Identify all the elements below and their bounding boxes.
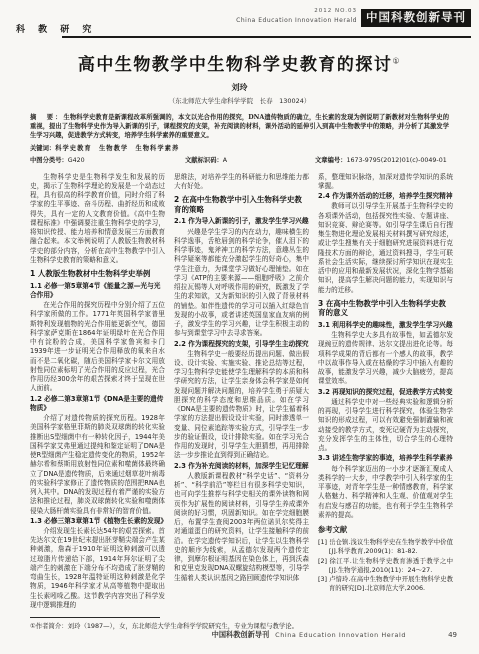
references-heading: 参考文献: [318, 525, 453, 535]
page-footer: 中国科教创新导刊 China Education Innovation Hera…: [0, 630, 479, 640]
subsection-heading: 3.3 讲述生物学家的事迹，培养学生科学素养: [318, 454, 453, 463]
footer-journal-cn: 中国科教创新导刊: [212, 630, 270, 640]
clc-segment: 中图分类号：G420: [30, 155, 185, 164]
section-heading: 1 人教版生物教材中生物科学史举例: [30, 269, 165, 279]
page-title: 高中生物教学中生物科学史教育的探讨①: [78, 50, 401, 75]
journal-name-en: China Education Innovation Herald: [236, 17, 357, 24]
journal-issue-block: 2012 NO.03 China Education Innovation He…: [236, 8, 357, 27]
article-body: 生物科学史是生物科学发生和发展的历史，揭示了生物科学理论的发展是一个动态过程，具…: [30, 173, 453, 613]
paragraph: 教师可以引导学生开展基于生物科学史的各项课外活动，包括探究性实验、专题讲座、知识…: [318, 202, 453, 295]
subsection-heading: 1.2 必修二第3章第1节《DNA是主要的遗传物质》: [30, 395, 165, 413]
article-id-segment: 文章编号：1673-9795(2012)01(c)-0049-01: [315, 155, 447, 164]
section-label: 科 教 研 究: [16, 22, 96, 35]
journal-page: 科 教 研 究 2012 NO.03 China Education Innov…: [0, 0, 479, 654]
footer-journal-en: China Education Innovation Herald: [275, 631, 406, 639]
paragraph: 通过科学史中对一些经典实验和逻辑分析的再现，引导学生进行科学探究，体验生物学知识…: [318, 398, 453, 454]
page-number: 49: [448, 631, 457, 639]
doc-code-segment: 文献标识码：A: [185, 155, 315, 164]
subsection-heading: 1.3 必修三第3章第1节《植物生长素的发现》: [30, 517, 165, 526]
author-name: 刘玲: [0, 82, 479, 93]
clc-label: 中图分类号：: [30, 157, 68, 164]
subsection-heading: 1.1 必修一第5章第4节《能量之源—光与光合作用》: [30, 282, 165, 300]
author-affiliation: （东北师范大学生命科学学院 长春 130024）: [0, 96, 479, 105]
author-footnote: ①作者简介：刘玲（1987—），女，东北师范大学生命科学学院研究生，专业为课程与…: [30, 621, 453, 630]
paragraph-continued: 思维法，对培养学生的科研能力和思维能力都大有好处。: [174, 173, 309, 192]
classification-line: 中图分类号：G420 文献标识码：A 文章编号：1673-9795(2012)0…: [30, 155, 449, 164]
doc-code-value: A: [223, 157, 227, 164]
keywords-label: 关键词：: [30, 145, 55, 152]
section-heading: 2 在高中生物教学中引入生物科学史教育的策略: [174, 195, 309, 214]
article-title-text: 高中生物教学中生物科学史教育的探讨: [78, 55, 393, 75]
reference-item: [2] 徐江平.让生物科学史教育渗透于教学之中[J].生物学通报,2010(11…: [318, 557, 453, 575]
doc-code-label: 文献标识码：: [185, 157, 223, 164]
paragraph: 在光合作用的探究历程中分别介绍了五位科学家所做的工作。1771年英国科学家普里斯…: [30, 301, 165, 394]
subsection-heading: 3.2 再现知识的探究过程，促进教学方式转变: [318, 388, 453, 397]
paragraph: 生物科学史是生物科学发生和发展的历史，揭示了生物科学理论的发展是一个动态过程，具…: [30, 173, 165, 266]
reference-item: [3] 卢愔玲.在高中生物教学中开展生物科学史教育的研究[D].北京师范大学,2…: [318, 575, 453, 593]
masthead-rule: [62, 36, 471, 38]
body-column-2: 思维法，对培养学生的科研能力和思维能力都大有好处。2 在高中生物教学中引入生物科…: [174, 173, 309, 613]
subsection-heading: 2.1 作为导入新课的引子，激发学生学习兴趣: [174, 217, 309, 226]
subsection-heading: 2.4 作为课外活动的迁移，培养学生探究精神: [318, 192, 453, 201]
paragraph-continued: 系，整理知识脉络，加深对遗传学知识的系统掌握。: [318, 173, 453, 192]
paragraph: 介绍了对遗传物质的探究历程。1928年美国科学家格里菲斯的肺炎双球菌的转化实验推…: [30, 414, 165, 516]
abstract: 摘 要：生物科学史教育是新课程改革所强调的，本文以光合作用的探究，DNA遗传物质…: [30, 113, 449, 141]
article-id-label: 文章编号：: [315, 157, 346, 164]
title-block: 高中生物教学中生物科学史教育的探讨①: [0, 50, 479, 75]
abstract-label: 摘 要：: [30, 114, 63, 121]
keywords-line: 关键词：科学史教育 生物教学 生物科学素养: [30, 143, 449, 152]
body-column-1: 生物科学史是生物科学发生和发展的历史，揭示了生物科学理论的发展是一个动态过程，具…: [30, 173, 165, 613]
paragraph: 生物科学史一般要经历提出问题、做出假设、设计实验、实施实验、推论总结等过程，学习…: [174, 350, 309, 461]
subsection-heading: 2.3 作为补充阅读的材料，加深学生记忆理解: [174, 462, 309, 471]
title-footnote-mark: ①: [392, 56, 401, 65]
paragraph: 人教版新课程教材“科学史话”、“资料分析”、“科学前沿”等栏目有很多科学史知识，…: [174, 472, 309, 583]
footnote-block: ①作者简介：刘玲（1987—），女，东北师范大学生命科学学院研究生，专业为课程与…: [30, 617, 453, 630]
subsection-heading: 2.2 作为课程探究的支架，引导学生主动探究: [174, 340, 309, 349]
keywords-text: 科学史教育 生物教学 生物科学素养: [55, 145, 179, 152]
paragraph: 每个科学家迈出的一小步才逐渐汇聚成人类科学的一大步，中学教学中引入科学家的生平事…: [318, 465, 453, 521]
subsection-heading: 3.1 利用科学史的趣味性，激发学生学习兴趣: [318, 321, 453, 330]
reference-item: [1] 岳仓镇.浅议生物科学史在生物学教学中价值[J].科学教育,2009(1)…: [318, 538, 453, 556]
paragraph: 兴趣是学生学习的内在动力，趣味横生的科学逸事，舌枪唇剑的科学论争，催人泪下的科学…: [174, 228, 309, 339]
abstract-text: 生物科学史教育是新课程改革所强调的，本文以光合作用的探究，DNA遗传物质的确立，…: [30, 114, 449, 139]
article-id-value: 1673-9795(2012)01(c)-0049-01: [346, 157, 446, 164]
journal-name-box: 中国科教创新导刊: [361, 9, 471, 28]
article-meta: 摘 要：生物科学史教育是新课程改革所强调的，本文以光合作用的探究，DNA遗传物质…: [30, 113, 449, 164]
paragraph: 生物科学史大多具有故事性，如孟德尔发现豌豆的遗传规律、达尔文提出进化论等。每项科…: [318, 331, 453, 387]
paragraph: 介绍发现生长素长达54年的艰苦探索。首先达尔文在19世纪末提出胚芽鞘尖端会产生某…: [30, 527, 165, 610]
journal-info: 2012 NO.03 China Education Innovation He…: [236, 8, 471, 27]
footnote-rule: [30, 617, 160, 618]
masthead: 科 教 研 究 2012 NO.03 China Education Innov…: [0, 0, 479, 44]
clc-value: G420: [68, 157, 85, 164]
journal-issue: 2012 NO.03: [314, 8, 357, 14]
body-column-3: 系，整理知识脉络，加深对遗传学知识的系统掌握。2.4 作为课外活动的迁移，培养学…: [318, 173, 453, 613]
section-heading: 3 在高中生物教学中引入生物科学史教育的意义: [318, 299, 453, 318]
